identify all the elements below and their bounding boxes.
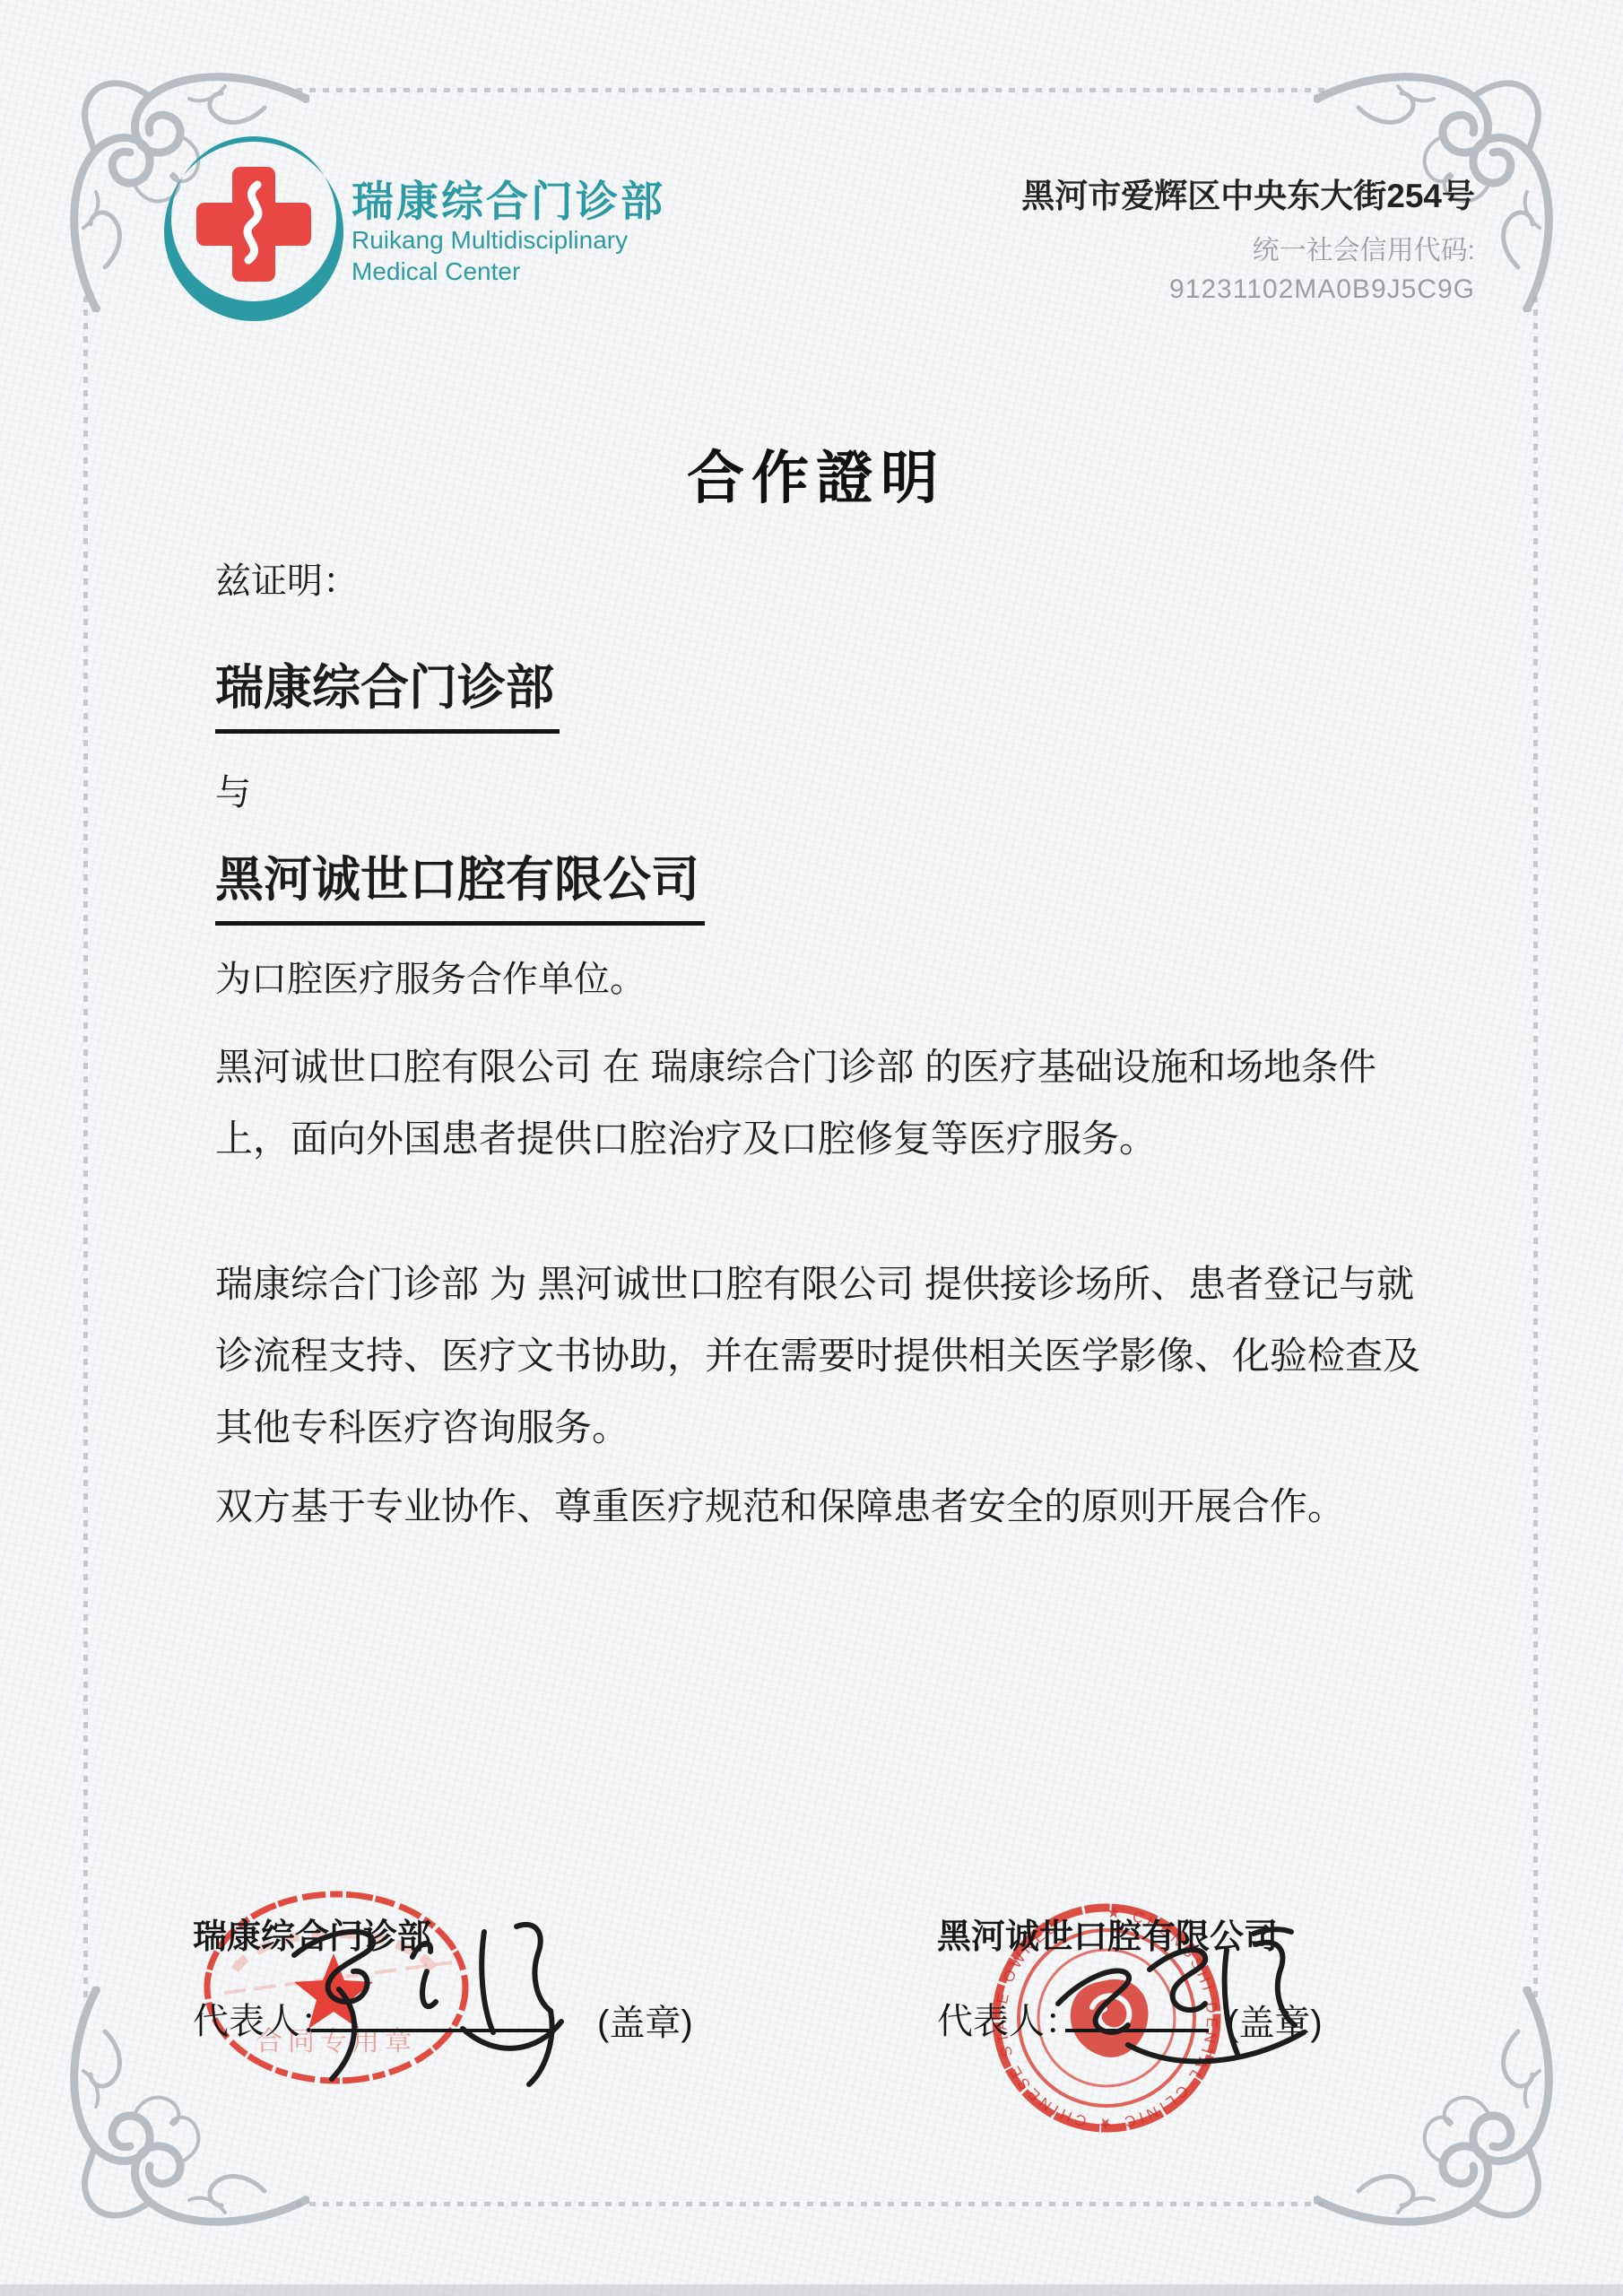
- page-bottom-shadow: [0, 2284, 1623, 2296]
- body-paragraph-3: 双方基于专业协作、尊重医疗规范和保障患者安全的原则开展合作。: [215, 1471, 1428, 1543]
- letterhead-address-block: 黑河市爱辉区中央东大街254号 统一社会信用代码: 91231102MA0B9J…: [1021, 169, 1475, 305]
- document-title: 合作證明: [215, 432, 1417, 515]
- party-b-name: 黑河诚世口腔有限公司: [215, 841, 705, 926]
- credit-code-label: 统一社会信用代码:: [1021, 228, 1475, 267]
- frame-edge-bottom: [296, 2202, 1327, 2206]
- credit-code-value: 91231102MA0B9J5C9G: [1021, 274, 1475, 305]
- body-paragraph-1: 黑河诚世口腔有限公司 在 瑞康综合门诊部 的医疗基础设施和场地条件上，面向外国患…: [215, 1031, 1428, 1175]
- frame-corner-bottom-right-ornament: [1314, 1987, 1574, 2247]
- clinic-address: 黑河市爱辉区中央东大街254号: [1021, 169, 1475, 217]
- clinic-logo-crescent-cross-icon: [164, 133, 343, 323]
- body-paragraph-2: 瑞康综合门诊部 为 黑河诚世口腔有限公司 提供接诊场所、患者登记与就诊流程支持、…: [215, 1248, 1428, 1464]
- frame-edge-top: [296, 88, 1327, 92]
- party-a-name: 瑞康综合门诊部: [215, 649, 560, 734]
- party-b-handwritten-signature: [1042, 1918, 1311, 2097]
- frame-edge-right: [1533, 296, 1538, 2000]
- designation-line: 为口腔医疗服务合作单位。: [215, 951, 646, 1002]
- certificate-page: 瑞康综合门诊部 Ruikang Multidisciplinary Medica…: [0, 0, 1623, 2296]
- clinic-name-english: Ruikang Multidisciplinary Medical Center: [352, 224, 628, 287]
- clinic-name-chinese: 瑞康综合门诊部: [352, 169, 665, 229]
- intro-line: 兹证明：: [215, 552, 359, 604]
- clinic-name-english-line1: Ruikang Multidisciplinary: [352, 224, 628, 256]
- conjunction: 与: [215, 764, 251, 815]
- clinic-name-english-line2: Medical Center: [352, 256, 628, 287]
- party-a-seal-note: (盖章): [597, 1995, 693, 2046]
- frame-edge-left: [83, 296, 88, 2000]
- party-a-handwritten-signature: [276, 1900, 581, 2092]
